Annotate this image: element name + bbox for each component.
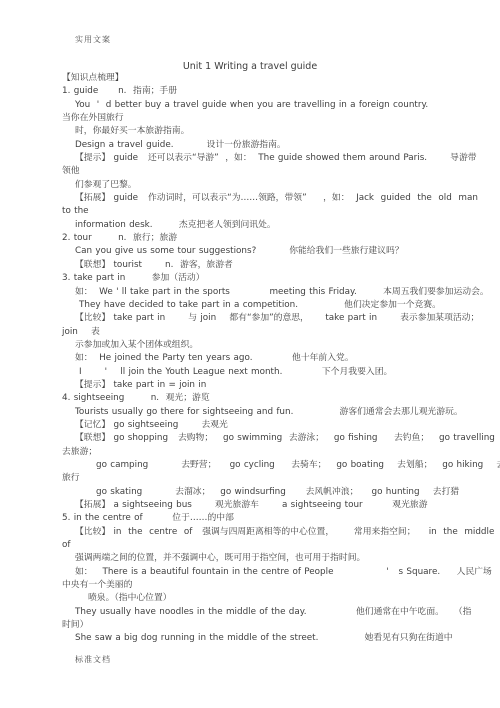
document-line: Design a travel guide. 设计一份旅游指南。 [62, 139, 492, 152]
document-line: 【联想】 tourist n. 游客，旅游者 [62, 259, 492, 272]
document-line: 去旅游； [62, 446, 492, 459]
footer-watermark: 标准文档 [75, 654, 111, 665]
document-line: You ' d better buy a travel guide when y… [62, 99, 492, 112]
document-line: 喷泉。（指中心位置） [62, 592, 492, 605]
document-line: 示参加或加入某个团体或组织。 [62, 339, 492, 352]
document-line: 3. take part in 参加（活动） [62, 272, 492, 285]
document-line: 【比较】 in the centre of 强调与四周距离相等的中心位置， 常用… [62, 526, 492, 539]
document-line: join 表 [62, 326, 492, 339]
document-line: 时间） [62, 619, 492, 632]
page-title: Unit 1 Writing a travel guide [0, 61, 500, 72]
document-line: 如： There is a beautiful fountain in the … [62, 566, 492, 579]
document-line: 1. guide n. 指南；手册 [62, 85, 492, 98]
document-line: 【联想】 go shopping 去购物； go swimming 去游泳； g… [62, 432, 492, 445]
document-line: 【拓展】 a sightseeing bus 观光旅游车 a sightseei… [62, 499, 492, 512]
document-line: go camping 去野营； go cycling 去骑车； go boati… [62, 459, 492, 472]
document-page: 实用文案 Unit 1 Writing a travel guide 【知识点梳… [0, 0, 500, 708]
document-line: 如： He joined the Party ten years ago. 他十… [62, 352, 492, 365]
document-line: go skating 去溜冰； go windsurfing 去风帆冲浪； go… [62, 486, 492, 499]
document-line: 【提示】 guide 还可以表示“导游” ，如： The guide showe… [62, 152, 492, 165]
document-line: 们参观了巴黎。 [62, 179, 492, 192]
document-line: 中央有一个美丽的 [62, 579, 492, 592]
document-line: 【知识点梳理】 [62, 72, 492, 85]
document-line: 强调两端之间的位置，并不强调中心，既可用于指空间，也可用于指时间。 [62, 552, 492, 565]
document-line: 旅行 [62, 472, 492, 485]
document-line: of [62, 539, 492, 552]
document-body: 【知识点梳理】1. guide n. 指南；手册You ' d better b… [62, 72, 492, 646]
document-line: 【比较】 take part in 与 join 都有“参加”的意思， take… [62, 312, 492, 325]
document-line: 如： We ' ll take part in the sports meeti… [62, 286, 492, 299]
document-line: to the [62, 205, 492, 218]
document-line: They usually have noodles in the middle … [62, 606, 492, 619]
document-line: I ' ll join the Youth League next month.… [62, 366, 492, 379]
document-line: 2. tour n. 旅行；旅游 [62, 232, 492, 245]
document-line: 领他 [62, 165, 492, 178]
document-line: information desk. 杰克把老人领到问讯处。 [62, 219, 492, 232]
document-line: They have decided to take part in a comp… [62, 299, 492, 312]
document-line: 【拓展】 guide 作动词时，可以表示“为……领路，带领” ，如： Jack … [62, 192, 492, 205]
document-line: 【提示】 take part in = join in [62, 379, 492, 392]
document-line: Tourists usually go there for sightseein… [62, 406, 492, 419]
document-line: 当你在外国旅行 [62, 112, 492, 125]
document-line: 5. in the centre of 位于……的中部 [62, 512, 492, 525]
document-line: 时，你最好买一本旅游指南。 [62, 125, 492, 138]
document-line: She saw a big dog running in the middle … [62, 632, 492, 645]
document-line: 【记忆】 go sightseeing 去观光 [62, 419, 492, 432]
document-line: Can you give us some tour suggestions? 你… [62, 245, 492, 258]
document-line: 4. sightseeing n. 观光；游览 [62, 392, 492, 405]
header-watermark: 实用文案 [75, 34, 111, 45]
